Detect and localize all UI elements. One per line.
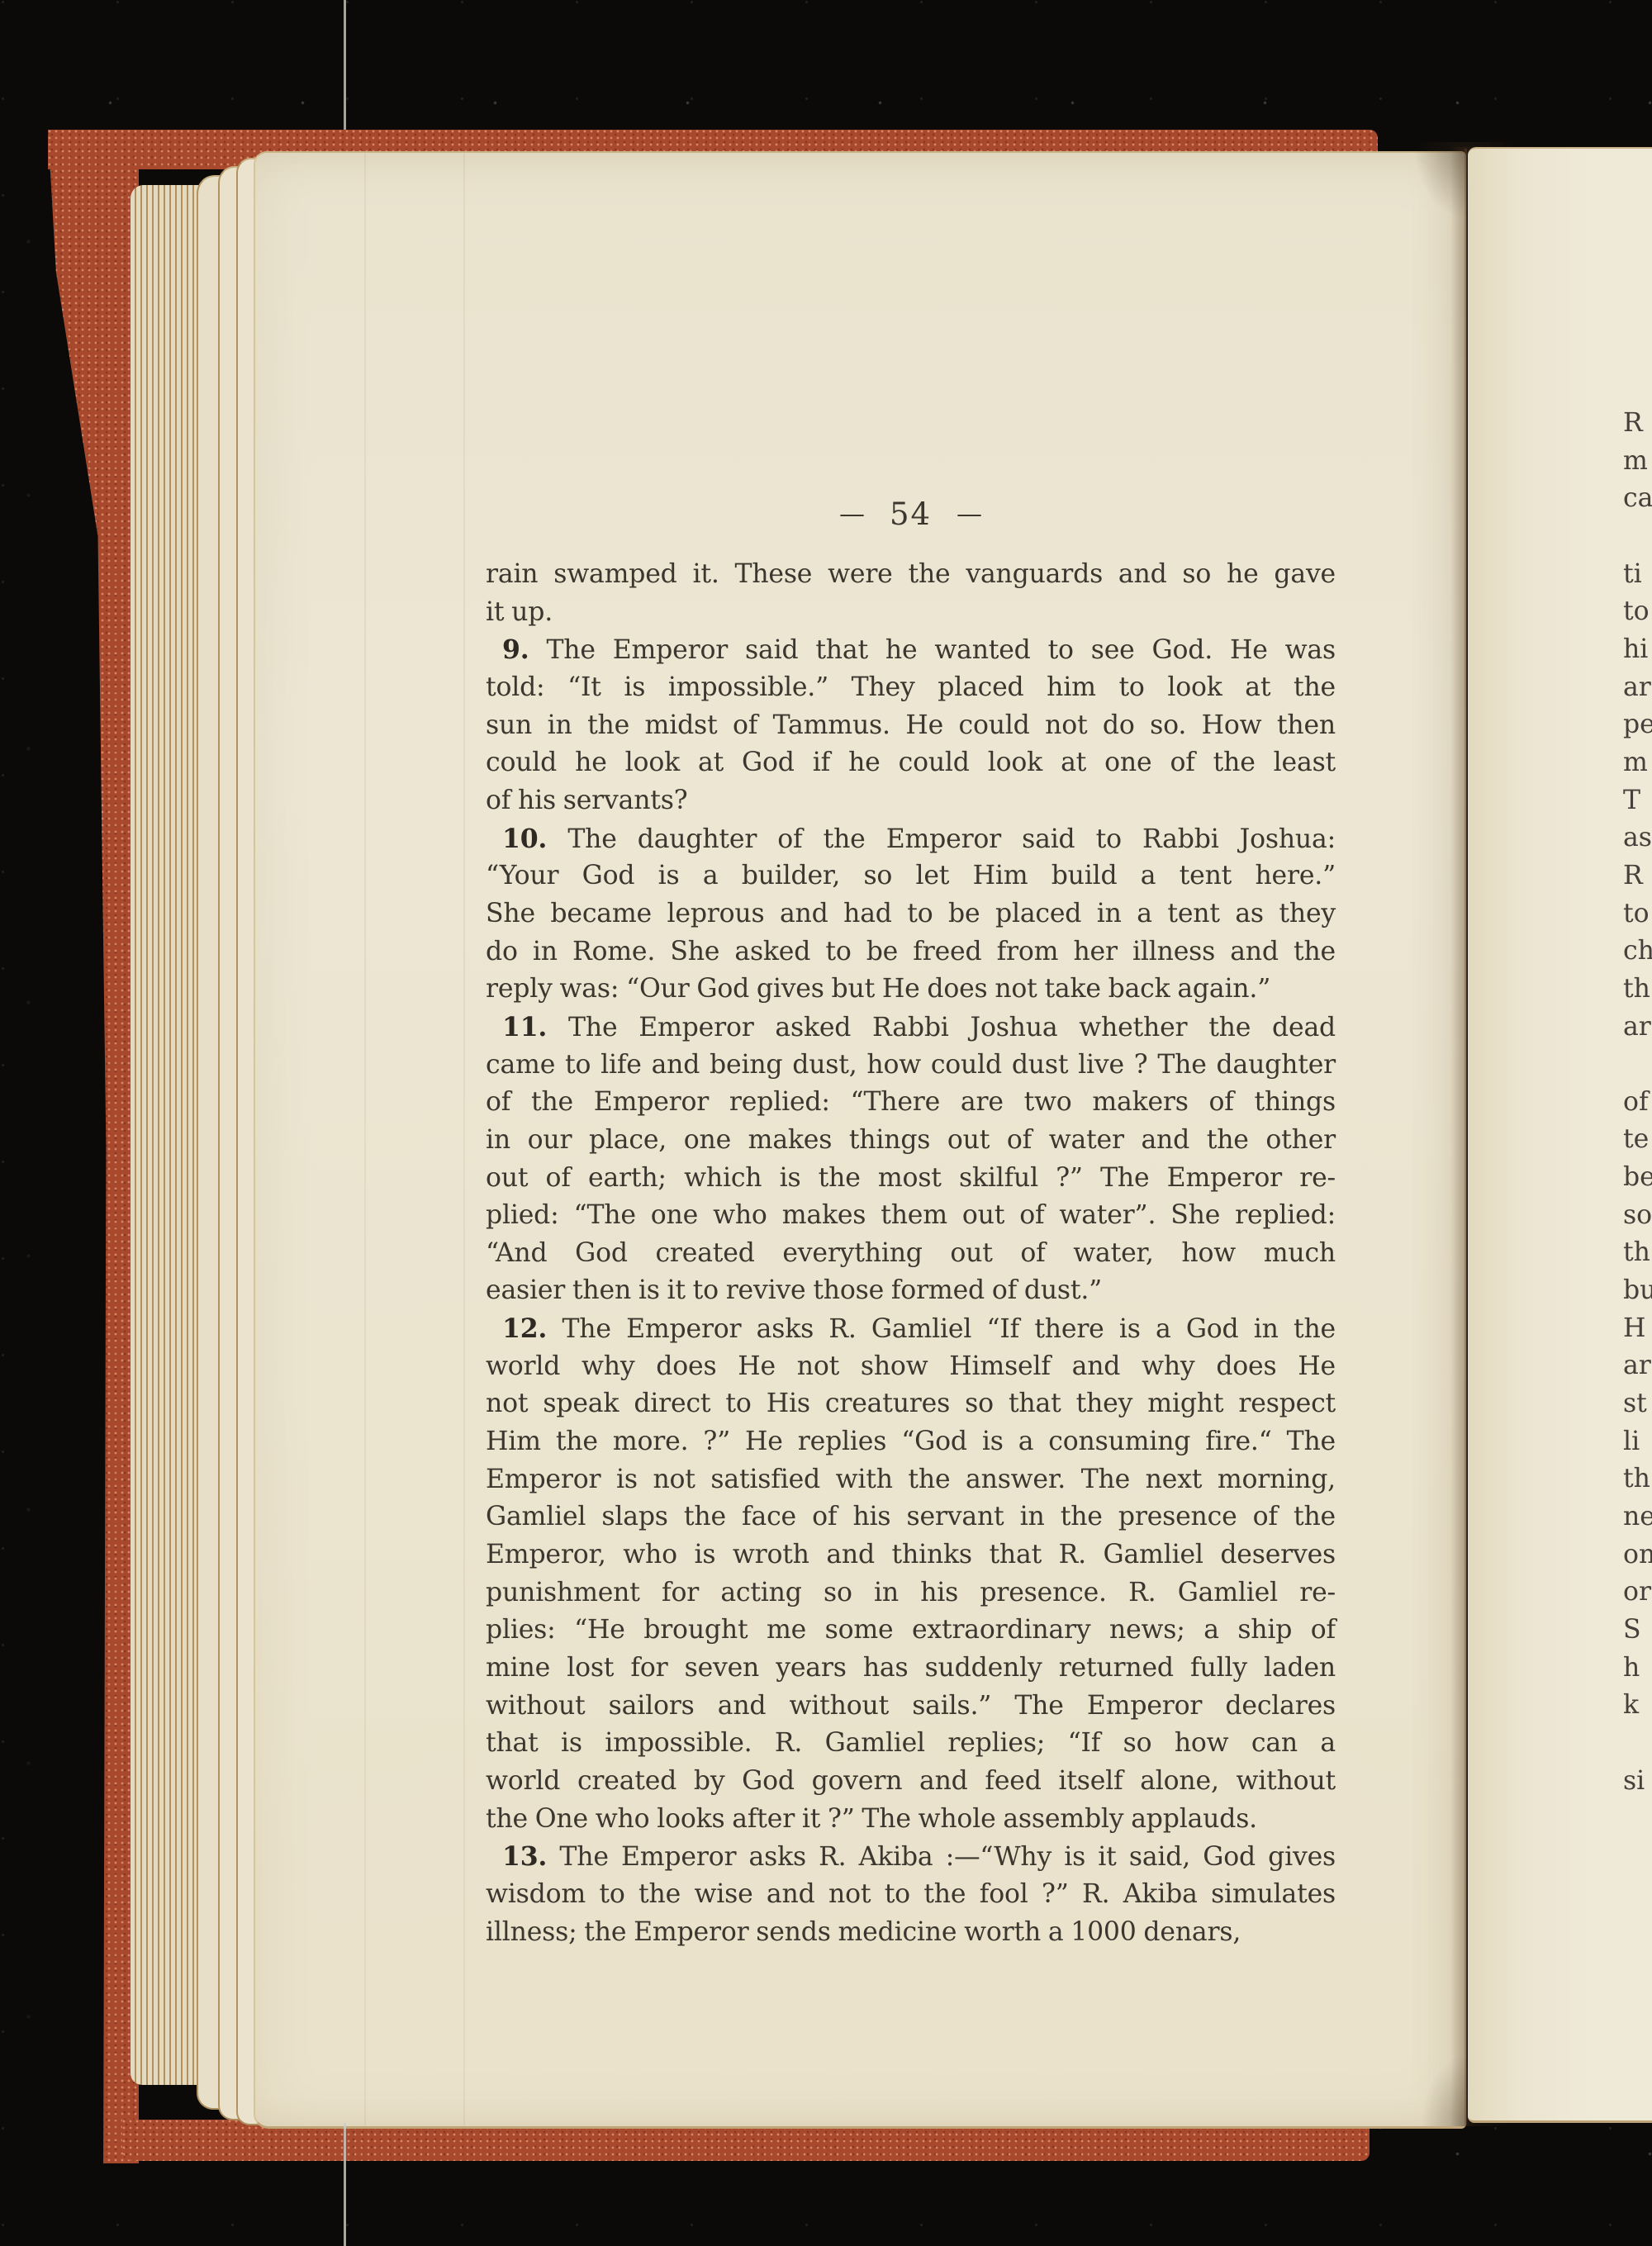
cutoff-text-line: pe [1623, 706, 1652, 744]
paragraph-number: 13. [502, 1841, 547, 1872]
cutoff-text-line: th [1623, 971, 1652, 1009]
cutoff-text-line: S [1623, 1612, 1652, 1650]
text-line: reply was: “Our God gives but He does no… [486, 971, 1336, 1009]
text-line: “Your God is a builder, so let Him build… [486, 857, 1336, 895]
text-line: plied: “The one who makes them out of wa… [486, 1197, 1336, 1235]
text-block: rain swamped it. These were the vanguard… [486, 556, 1336, 1951]
cutoff-text-line: m [1623, 744, 1652, 782]
text-line: the One who looks after it ?” The whole … [486, 1801, 1336, 1839]
text-line: Him the more. ?” He replies “God is a co… [486, 1423, 1336, 1461]
glass-edge-line-top [344, 0, 346, 139]
text-line: do in Rome. She asked to be freed from h… [486, 933, 1336, 971]
text-line: plies: “He brought me some extraordinary… [486, 1612, 1336, 1650]
cutoff-text-line: T [1623, 782, 1652, 820]
page-number-dash-left: — [839, 499, 865, 529]
page-crease [364, 153, 366, 2126]
right-page: RmcatitohiarpemTasRtochtharoftebesothbuH… [1468, 147, 1652, 2123]
cutoff-text-line: ch [1623, 933, 1652, 971]
glass-edge-line-bottom [344, 2123, 346, 2246]
text-line: that is impossible. R. Gamliel replies; … [486, 1725, 1336, 1763]
cutoff-text-line: of [1623, 1084, 1652, 1122]
cutoff-text-line [1623, 1046, 1652, 1084]
text-line: out of earth; which is the most skilful … [486, 1160, 1336, 1198]
cutoff-text-line [1623, 518, 1652, 556]
photo-background: — 54 — rain swamped it. These were the v… [0, 0, 1652, 2246]
page-crease [463, 153, 465, 2126]
text-line: told: “It is impossible.” They placed hi… [486, 669, 1336, 707]
cutoff-text-line: ar [1623, 1347, 1652, 1385]
cutoff-text-line [1623, 1725, 1652, 1763]
page-number-value: 54 [890, 496, 932, 532]
cutoff-text-line: ar [1623, 1009, 1652, 1047]
paragraph-number: 12. [502, 1313, 547, 1344]
cutoff-text-line: k [1623, 1687, 1652, 1725]
cutoff-text-line: si [1623, 1763, 1652, 1801]
page-number-dash-right: — [957, 499, 982, 529]
text-line: Gamliel slaps the face of his servant in… [486, 1498, 1336, 1536]
paragraph-number: 10. [502, 824, 547, 854]
text-line: of the Emperor replied: “There are two m… [486, 1084, 1336, 1122]
cutoff-text-line: so [1623, 1197, 1652, 1235]
cutoff-text-line: R [1623, 857, 1652, 895]
text-line: came to life and being dust, how could d… [486, 1047, 1336, 1085]
text-line: rain swamped it. These were the vanguard… [486, 556, 1336, 594]
text-line: 9. The Emperor said that he wanted to se… [486, 631, 1336, 669]
page-number: — 54 — [486, 495, 1336, 533]
text-line: 10. The daughter of the Emperor said to … [486, 820, 1336, 858]
text-line: of his servants? [486, 782, 1336, 820]
cutoff-text-line: or [1623, 1574, 1652, 1612]
cutoff-text-line: to [1623, 593, 1652, 631]
cutoff-text-line: be [1623, 1159, 1652, 1197]
left-page: — 54 — rain swamped it. These were the v… [254, 151, 1466, 2129]
book-gutter-fold-line [1464, 149, 1467, 2125]
paragraph-number: 11. [502, 1012, 547, 1042]
cutoff-text-line: ca [1623, 480, 1652, 518]
cutoff-text-line: ne [1623, 1498, 1652, 1536]
cutoff-text-line: st [1623, 1385, 1652, 1423]
text-line: not speak direct to His creatures so tha… [486, 1385, 1336, 1423]
text-line: could he look at God if he could look at… [486, 744, 1336, 782]
cutoff-text-line: te [1623, 1121, 1652, 1159]
cutoff-text-line: on [1623, 1536, 1652, 1574]
text-line: it up. [486, 594, 1336, 632]
cutoff-text-line: bu [1623, 1272, 1652, 1310]
text-line: 13. The Emperor asks R. Akiba :—“Why is … [486, 1838, 1336, 1876]
cutoff-text-line: to [1623, 895, 1652, 933]
cutoff-text-line: th [1623, 1234, 1652, 1272]
cutoff-text-line: ar [1623, 669, 1652, 707]
text-line: illness; the Emperor sends medicine wort… [486, 1914, 1336, 1952]
text-line: “And God created everything out of water… [486, 1235, 1336, 1273]
cutoff-text-line: ti [1623, 556, 1652, 594]
cutoff-text-line: H [1623, 1310, 1652, 1348]
text-line: in our place, one makes things out of wa… [486, 1122, 1336, 1160]
cutoff-text-line: hi [1623, 631, 1652, 669]
cutoff-text-line: as [1623, 819, 1652, 857]
paragraph-number: 9. [502, 634, 529, 665]
text-line: 11. The Emperor asked Rabbi Joshua wheth… [486, 1009, 1336, 1047]
cutoff-text-line: R [1623, 405, 1652, 443]
text-line: sun in the midst of Tammus. He could not… [486, 707, 1336, 745]
text-line: 12. The Emperor asks R. Gamliel “If ther… [486, 1310, 1336, 1348]
cutoff-text-line: m [1623, 443, 1652, 481]
text-line: mine lost for seven years has suddenly r… [486, 1650, 1336, 1688]
text-line: world why does He not show Himself and w… [486, 1348, 1336, 1386]
right-page-text-fragments: RmcatitohiarpemTasRtochtharoftebesothbuH… [1623, 405, 1652, 1800]
text-line: She became leprous and had to be placed … [486, 895, 1336, 933]
text-line: wisdom to the wise and not to the fool ?… [486, 1876, 1336, 1914]
text-line: easier then is it to revive those formed… [486, 1272, 1336, 1310]
cutoff-text-line: th [1623, 1460, 1652, 1498]
text-line: world created by God govern and feed its… [486, 1763, 1336, 1801]
text-line: punishment for acting so in his presence… [486, 1574, 1336, 1612]
cutoff-text-line: h [1623, 1650, 1652, 1688]
text-line: Emperor is not satisfied with the answer… [486, 1461, 1336, 1499]
text-line: Emperor, who is wroth and thinks that R.… [486, 1536, 1336, 1574]
text-line: without sailors and without sails.” The … [486, 1688, 1336, 1726]
book-cover-left-edge [48, 130, 139, 2163]
page-stack-fine-edges [131, 185, 202, 2085]
cutoff-text-line: li [1623, 1423, 1652, 1461]
